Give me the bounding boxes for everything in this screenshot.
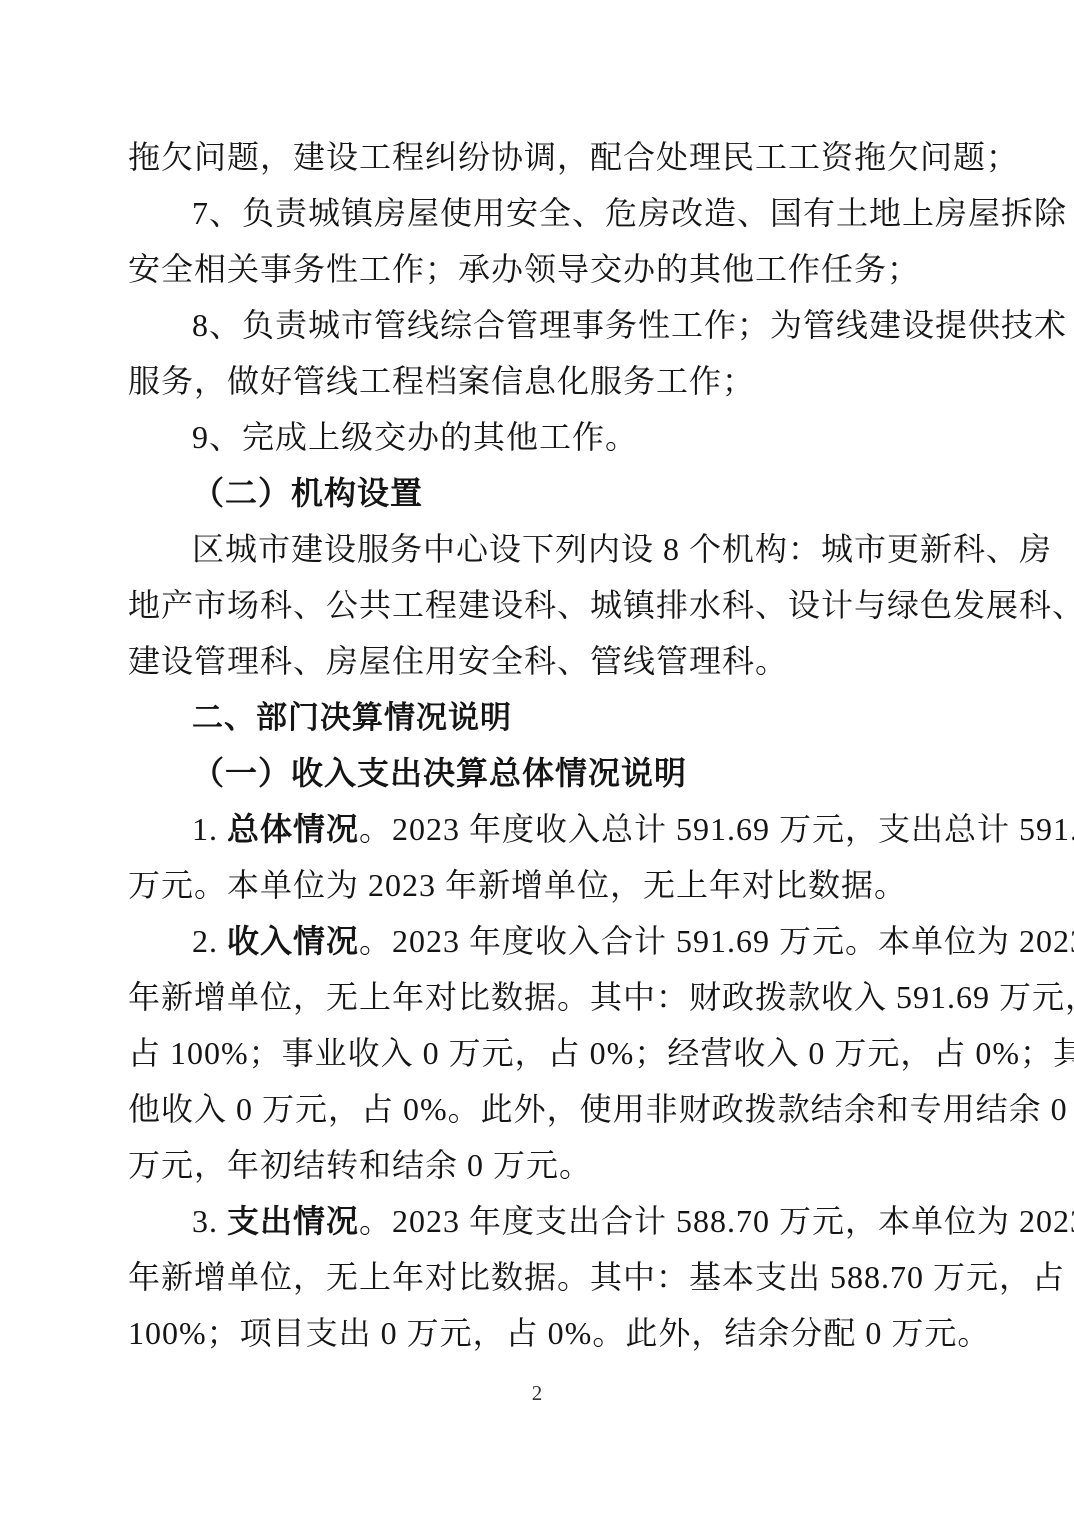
text-segment: 他收入 0 万元，占 0%。此外，使用非财政拨款结余和专用结余 0: [128, 1091, 1068, 1127]
text-segment: （一）收入支出决算总体情况说明: [192, 755, 687, 791]
text-segment: 服务，做好管线工程档案信息化服务工作；: [128, 363, 755, 399]
document-body: 拖欠问题，建设工程纠纷协调，配合处理民工工资拖欠问题；7、负责城镇房屋使用安全、…: [128, 129, 950, 1361]
text-segment: 建设管理科、房屋住用安全科、管线管理科。: [128, 643, 788, 679]
text-segment: 。2023 年度收入合计 591.69 万元。本单位为 2023: [359, 923, 1074, 959]
text-segment: （二）机构设置: [192, 475, 423, 511]
text-segment: 年新增单位，无上年对比数据。其中：财政拨款收入 591.69 万元，: [128, 979, 1074, 1015]
text-segment: 区城市建设服务中心设下列内设 8 个机构：城市更新科、房: [192, 531, 1052, 567]
text-line-item-1-line-1: 1. 总体情况。2023 年度收入总计 591.69 万元，支出总计 591.6…: [128, 801, 950, 857]
text-segment: 收入情况: [227, 923, 359, 959]
text-line-duty-7-line-1: 7、负责城镇房屋使用安全、危房改造、国有土地上房屋拆除: [128, 185, 950, 241]
text-line-duty-8-line-1: 8、负责城市管线综合管理事务性工作；为管线建设提供技术: [128, 297, 950, 353]
text-line-item-2-line-2: 年新增单位，无上年对比数据。其中：财政拨款收入 591.69 万元，: [128, 969, 950, 1025]
text-segment: 7、负责城镇房屋使用安全、危房改造、国有土地上房屋拆除: [192, 195, 1067, 231]
text-line-heading-section-2: （二）机构设置: [128, 465, 950, 521]
text-segment: 占 100%；事业收入 0 万元，占 0%；经营收入 0 万元，占 0%；其: [128, 1035, 1074, 1071]
text-segment: 万元。本单位为 2023 年新增单位，无上年对比数据。: [128, 867, 907, 903]
text-segment: 3.: [192, 1203, 227, 1239]
text-segment: 二、部门决算情况说明: [192, 700, 512, 735]
text-line-heading-part-2: 二、部门决算情况说明: [128, 689, 950, 745]
document-page: 拖欠问题，建设工程纠纷协调，配合处理民工工资拖欠问题；7、负责城镇房屋使用安全、…: [0, 0, 1074, 1520]
text-line-item-3-line-3: 100%；项目支出 0 万元，占 0%。此外，结余分配 0 万元。: [128, 1305, 950, 1361]
text-segment: 8、负责城市管线综合管理事务性工作；为管线建设提供技术: [192, 307, 1067, 343]
text-line-item-2-line-4: 他收入 0 万元，占 0%。此外，使用非财政拨款结余和专用结余 0: [128, 1081, 950, 1137]
text-line-heading-part-2-1: （一）收入支出决算总体情况说明: [128, 745, 950, 801]
text-line-duty-6-cont: 拖欠问题，建设工程纠纷协调，配合处理民工工资拖欠问题；: [128, 129, 950, 185]
text-segment: 拖欠问题，建设工程纠纷协调，配合处理民工工资拖欠问题；: [128, 139, 1019, 175]
text-line-item-2-line-1: 2. 收入情况。2023 年度收入合计 591.69 万元。本单位为 2023: [128, 913, 950, 969]
text-segment: 1.: [192, 811, 227, 847]
text-line-duty-9: 9、完成上级交办的其他工作。: [128, 409, 950, 465]
text-line-item-3-line-1: 3. 支出情况。2023 年度支出合计 588.70 万元，本单位为 2023: [128, 1193, 950, 1249]
text-line-org-line-1: 区城市建设服务中心设下列内设 8 个机构：城市更新科、房: [128, 521, 950, 577]
text-line-item-3-line-2: 年新增单位，无上年对比数据。其中：基本支出 588.70 万元，占: [128, 1249, 950, 1305]
page-number: 2: [0, 1381, 1074, 1405]
text-segment: 。2023 年度收入总计 591.69 万元，支出总计 591.69: [359, 811, 1074, 847]
text-segment: 万元，年初结转和结余 0 万元。: [128, 1147, 592, 1183]
text-segment: 年新增单位，无上年对比数据。其中：基本支出 588.70 万元，占: [128, 1259, 1065, 1295]
text-line-item-2-line-5: 万元，年初结转和结余 0 万元。: [128, 1137, 950, 1193]
text-segment: 总体情况: [227, 811, 359, 847]
text-line-item-2-line-3: 占 100%；事业收入 0 万元，占 0%；经营收入 0 万元，占 0%；其: [128, 1025, 950, 1081]
text-segment: 100%；项目支出 0 万元，占 0%。此外，结余分配 0 万元。: [128, 1315, 990, 1351]
text-segment: 9、完成上级交办的其他工作。: [192, 419, 638, 455]
text-segment: 支出情况: [227, 1203, 359, 1239]
text-line-duty-7-line-2: 安全相关事务性工作；承办领导交办的其他工作任务；: [128, 241, 950, 297]
text-segment: 2.: [192, 923, 227, 959]
text-line-org-line-3: 建设管理科、房屋住用安全科、管线管理科。: [128, 633, 950, 689]
text-line-org-line-2: 地产市场科、公共工程建设科、城镇排水科、设计与绿色发展科、: [128, 577, 950, 633]
text-segment: 。2023 年度支出合计 588.70 万元，本单位为 2023: [359, 1203, 1074, 1239]
text-line-duty-8-line-2: 服务，做好管线工程档案信息化服务工作；: [128, 353, 950, 409]
text-segment: 地产市场科、公共工程建设科、城镇排水科、设计与绿色发展科、: [128, 587, 1074, 623]
text-line-item-1-line-2: 万元。本单位为 2023 年新增单位，无上年对比数据。: [128, 857, 950, 913]
text-segment: 安全相关事务性工作；承办领导交办的其他工作任务；: [128, 251, 920, 287]
